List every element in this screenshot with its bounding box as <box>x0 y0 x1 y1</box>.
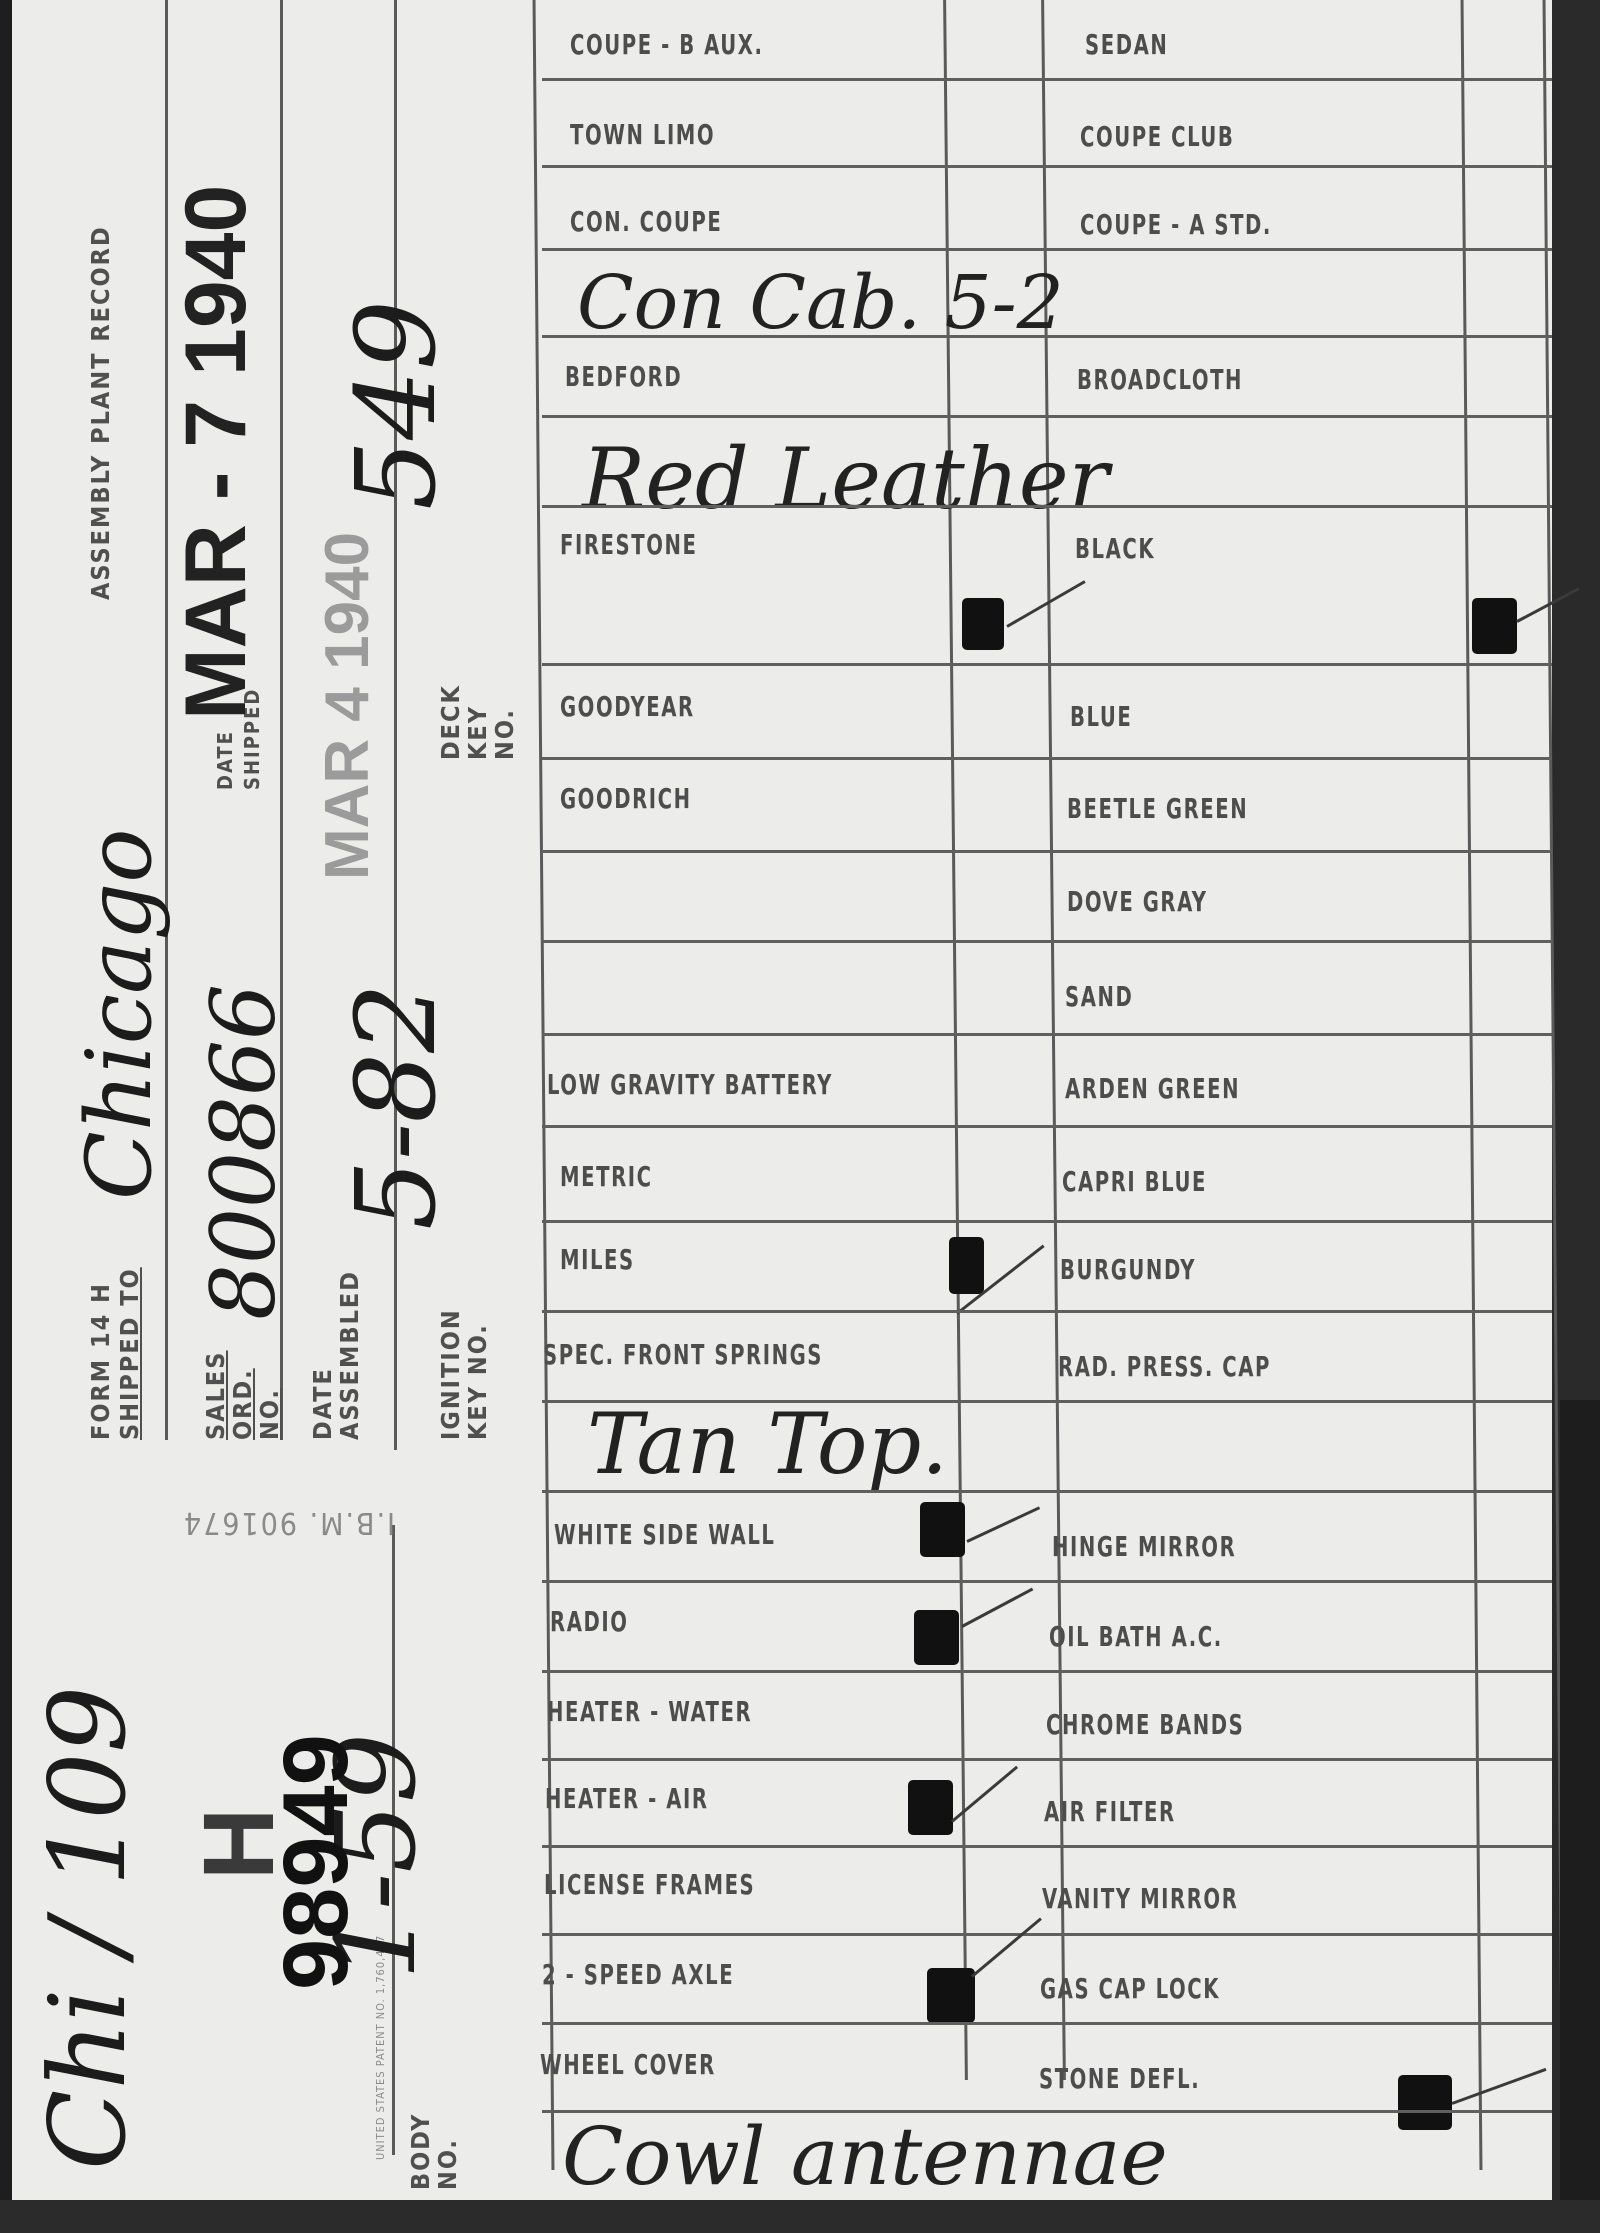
checkbox-stone-defl-marked[interactable] <box>1398 2075 1452 2130</box>
sales-order-value: 800866 <box>192 984 295 1320</box>
handwritten-footer-note: Cowl antennae <box>562 2110 1168 2203</box>
option-black: BLACK <box>1075 532 1155 565</box>
row-rule <box>542 78 1552 81</box>
option-heater-water: HEATER - WATER <box>547 1695 752 1728</box>
row-rule <box>542 415 1552 418</box>
option-con-coupe: CON. COUPE <box>570 205 722 238</box>
model-note: Chi / 109 <box>27 1686 149 2170</box>
photo-border-right <box>1560 1400 1600 2233</box>
option-radio: RADIO <box>550 1605 628 1638</box>
deck-key-value: 549 <box>332 300 460 510</box>
option-capri-blue: CAPRI BLUE <box>1062 1165 1207 1198</box>
row-rule <box>542 663 1552 666</box>
option-town-limo: TOWN LIMO <box>570 118 715 151</box>
shipped-to-value: Chicago <box>67 829 172 1200</box>
deck-key-label: DECK KEY NO. <box>437 670 518 760</box>
date-assembled-label: DATE ASSEMBLED <box>309 1290 363 1440</box>
row-rule <box>542 165 1552 168</box>
ignition-key-label: IGNITION KEY NO. <box>437 1300 491 1440</box>
sales-order-label: SALES ORD. NO. <box>202 1320 283 1440</box>
check-tick <box>961 1588 1033 1628</box>
row-rule <box>542 850 1552 853</box>
option-coupe-a-std: COUPE - A STD. <box>1080 208 1272 241</box>
row-rule <box>542 757 1552 760</box>
handwritten-body-note: Con Cab. 5-2 <box>577 260 1064 346</box>
option-sedan: SEDAN <box>1085 28 1168 61</box>
option-beetle-green: BEETLE GREEN <box>1067 792 1248 825</box>
handwritten-upholstery-note: Red Leather <box>582 430 1109 528</box>
option-metric: METRIC <box>560 1160 653 1193</box>
ibm-number: I.B.M. 901674 <box>182 1505 395 1540</box>
option-bedford: BEDFORD <box>565 360 682 393</box>
checkbox-heater-air-marked[interactable] <box>908 1780 953 1835</box>
row-rule <box>542 1580 1552 1583</box>
handwritten-top-note: Tan Top. <box>587 1395 948 1493</box>
row-rule <box>542 335 1552 338</box>
option-license-frames: LICENSE FRAMES <box>544 1868 755 1901</box>
option-coupe-b-aux: COUPE - B AUX. <box>570 28 763 61</box>
ignition-key-value: 5-82 <box>332 983 460 1230</box>
column-rule <box>394 0 397 1450</box>
body-no-label: BODY NO. <box>407 2120 461 2190</box>
option-broadcloth: BROADCLOTH <box>1077 363 1243 396</box>
option-stone-defl: STONE DEFL. <box>1039 2062 1200 2095</box>
form-number-label: FORM 14 H <box>87 1282 114 1440</box>
row-rule <box>542 1670 1552 1673</box>
check-tick <box>1006 580 1085 628</box>
checkbox-black-marked[interactable] <box>1472 598 1517 654</box>
option-rad-press-cap: RAD. PRESS. CAP <box>1058 1350 1271 1383</box>
checkbox-radio-marked[interactable] <box>914 1610 959 1665</box>
option-blue: BLUE <box>1070 700 1132 733</box>
option-heater-air: HEATER - AIR <box>545 1782 709 1815</box>
row-rule <box>542 1220 1552 1223</box>
serial-number: 98949 <box>264 1734 369 1990</box>
row-rule <box>542 505 1552 508</box>
check-tick <box>966 1506 1040 1543</box>
option-gas-cap-lock: GAS CAP LOCK <box>1040 1972 1220 2005</box>
date-assembled-stamp: MAR 4 1940 <box>312 532 383 880</box>
check-tick <box>971 1918 1042 1978</box>
checkbox-white-side-wall-marked[interactable] <box>920 1502 965 1557</box>
check-tick <box>1451 2068 1546 2105</box>
option-vanity-mirror: VANITY MIRROR <box>1042 1882 1238 1915</box>
date-shipped-label: DATE SHIPPED <box>212 710 266 790</box>
option-oil-bath-ac: OIL BATH A.C. <box>1049 1620 1223 1653</box>
checkbox-miles-marked[interactable] <box>949 1237 984 1294</box>
option-coupe-club: COUPE CLUB <box>1080 120 1234 153</box>
row-rule <box>542 248 1552 251</box>
row-rule <box>542 940 1552 943</box>
assembly-plant-record-card: ASSEMBLY PLANT RECORD FORM 14 H SHIPPED … <box>12 0 1552 2200</box>
row-rule <box>542 1310 1552 1313</box>
date-shipped-stamp: MAR - 7 1940 <box>167 185 266 720</box>
row-rule <box>542 1125 1552 1128</box>
option-2-speed-axle: 2 - SPEED AXLE <box>542 1958 734 1991</box>
option-firestone: FIRESTONE <box>560 528 697 561</box>
row-rule <box>542 1758 1552 1761</box>
option-spec-front-springs: SPEC. FRONT SPRINGS <box>543 1338 823 1371</box>
option-wheel-cover: WHEEL COVER <box>540 2048 716 2081</box>
checkbox-firestone-marked[interactable] <box>962 598 1004 650</box>
option-dove-gray: DOVE GRAY <box>1067 885 1208 918</box>
checkbox-2-speed-axle-marked[interactable] <box>927 1968 975 2023</box>
option-burgundy: BURGUNDY <box>1060 1253 1196 1286</box>
assembly-plant-record-title: ASSEMBLY PLANT RECORD <box>87 225 114 600</box>
shipped-to-label: SHIPPED TO <box>116 1267 143 1440</box>
option-chrome-bands: CHROME BANDS <box>1046 1708 1244 1741</box>
row-rule <box>542 1033 1552 1036</box>
row-rule <box>542 1490 1552 1493</box>
row-rule <box>542 2022 1552 2025</box>
row-rule <box>542 1933 1552 1936</box>
option-sand: SAND <box>1065 980 1133 1013</box>
row-rule <box>542 1845 1552 1848</box>
option-air-filter: AIR FILTER <box>1044 1795 1176 1828</box>
photo-border-bottom <box>0 2200 1600 2233</box>
option-miles: MILES <box>560 1243 635 1276</box>
option-low-gravity-battery: LOW GRAVITY BATTERY <box>547 1068 833 1101</box>
option-goodyear: GOODYEAR <box>560 690 695 723</box>
option-goodrich: GOODRICH <box>560 782 692 815</box>
option-hinge-mirror: HINGE MIRROR <box>1052 1530 1236 1563</box>
option-white-side-wall: WHITE SIDE WALL <box>554 1518 775 1551</box>
option-arden-green: ARDEN GREEN <box>1065 1072 1240 1105</box>
